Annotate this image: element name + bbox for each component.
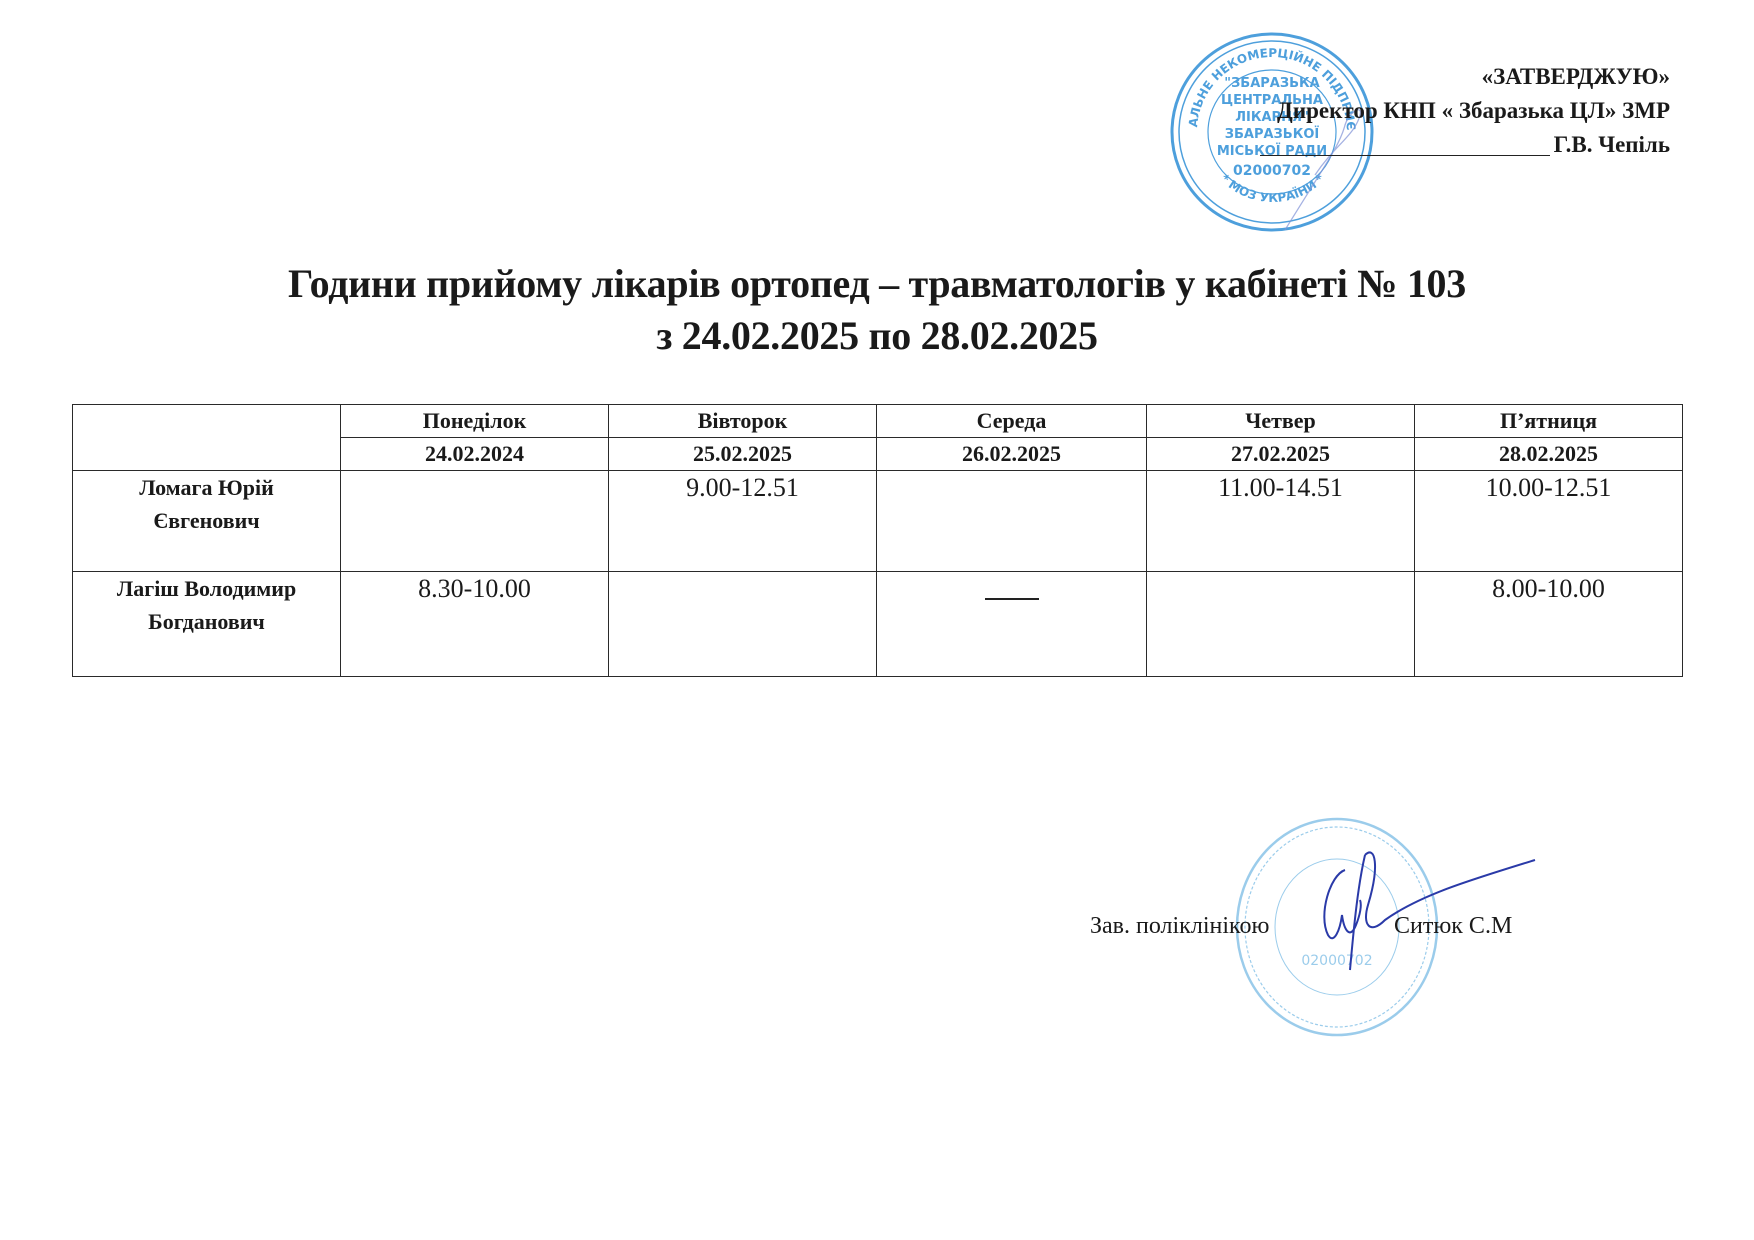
doctor-name: Лагіш Володимир Богданович [73, 572, 341, 677]
footer-signature-block: Зав. поліклінікою Ситюк С.М [1090, 913, 1269, 940]
approval-position: Директор КНП « Збаразька ЦЛ» ЗМР [1260, 94, 1670, 128]
doctor-patronymic: Євгенович [73, 504, 340, 537]
date-header: 26.02.2025 [877, 438, 1147, 471]
document-title: Години прийому лікарів ортопед – травмат… [0, 258, 1754, 362]
day-header: Четвер [1147, 405, 1415, 438]
title-line-2: з 24.02.2025 по 28.02.2025 [0, 310, 1754, 362]
table-row: Ломага Юрій Євгенович 9.00-12.51 11.00-1… [73, 471, 1683, 572]
approval-signer: Г.В. Чепіль [1554, 132, 1670, 157]
doctor-patronymic: Богданович [73, 605, 340, 638]
day-header: П’ятниця [1415, 405, 1683, 438]
signature-line [1260, 155, 1550, 156]
time-slot: 9.00-12.51 [609, 471, 877, 572]
date-header: 24.02.2024 [341, 438, 609, 471]
day-header: Понеділок [341, 405, 609, 438]
header-row-days: Понеділок Вівторок Середа Четвер П’ятниц… [73, 405, 1683, 438]
footer-position: Зав. поліклінікою [1090, 913, 1269, 939]
doctor-surname-name: Ломага Юрій [73, 471, 340, 504]
doctor-surname-name: Лагіш Володимир [73, 572, 340, 605]
time-slot-none [877, 572, 1147, 677]
date-header: 27.02.2025 [1147, 438, 1415, 471]
time-slot [341, 471, 609, 572]
time-slot [609, 572, 877, 677]
corner-cell [73, 405, 341, 471]
title-line-1: Години прийому лікарів ортопед – травмат… [0, 258, 1754, 310]
time-slot: 8.30-10.00 [341, 572, 609, 677]
date-header: 25.02.2025 [609, 438, 877, 471]
svg-text:02000702: 02000702 [1233, 163, 1311, 179]
doctor-name: Ломага Юрій Євгенович [73, 471, 341, 572]
time-slot: 8.00-10.00 [1415, 572, 1683, 677]
time-slot [877, 471, 1147, 572]
time-slot [1147, 572, 1415, 677]
time-slot: 11.00-14.51 [1147, 471, 1415, 572]
handwritten-signature-icon [1310, 845, 1540, 975]
schedule-table: Понеділок Вівторок Середа Четвер П’ятниц… [72, 404, 1683, 677]
date-header: 28.02.2025 [1415, 438, 1683, 471]
day-header: Вівторок [609, 405, 877, 438]
approval-block: «ЗАТВЕРДЖУЮ» Директор КНП « Збаразька ЦЛ… [1260, 60, 1670, 162]
day-header: Середа [877, 405, 1147, 438]
dash-icon [985, 598, 1039, 600]
approval-heading: «ЗАТВЕРДЖУЮ» [1260, 60, 1670, 94]
time-slot: 10.00-12.51 [1415, 471, 1683, 572]
approval-signer-line: Г.В. Чепіль [1260, 128, 1670, 162]
table-row: Лагіш Володимир Богданович 8.30-10.00 8.… [73, 572, 1683, 677]
